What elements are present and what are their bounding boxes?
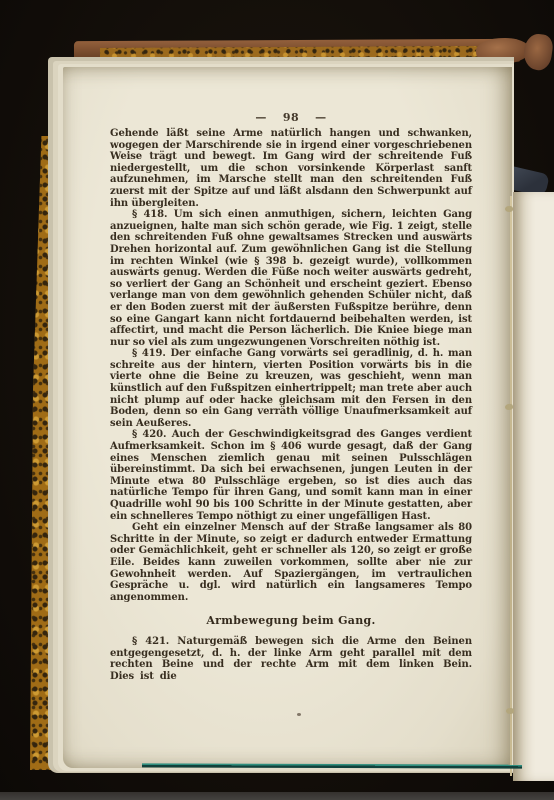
paragraph-tempo: Geht ein einzelner Mensch auf der Straße… [110, 522, 472, 603]
paragraph-421: § 421. Naturgemäß bewegen sich die Arme … [110, 636, 472, 682]
paragraph-419: § 419. Der einfache Gang vorwärts sei ge… [110, 348, 472, 429]
paragraph-418: § 418. Um sich einen anmuthigen, sichern… [110, 209, 472, 348]
text-block: Gehende läßt seine Arme natürlich hangen… [110, 128, 472, 682]
book-page: — 98 — Gehende läßt seine Arme natürlich… [63, 67, 512, 768]
spine-leather-bump [522, 32, 554, 72]
ink-speck [297, 713, 301, 716]
section-heading: Armbewegung beim Gang. [110, 615, 472, 627]
page-number: 98 [283, 111, 299, 124]
thread-knot [506, 708, 514, 714]
book-photo-scene: — 98 — Gehende läßt seine Arme natürlich… [0, 0, 554, 800]
table-surface-strip [0, 792, 554, 800]
header-dash-right: — [315, 111, 327, 124]
facing-page-sliver [513, 192, 554, 781]
thread-knot [505, 206, 513, 212]
paragraph-continued: Gehende läßt seine Arme natürlich hangen… [110, 128, 472, 209]
header-dash-left: — [255, 111, 267, 124]
binding-thread [510, 196, 512, 776]
paragraph-420: § 420. Auch der Geschwindigkeitsgrad des… [110, 429, 472, 522]
page-header: — 98 — [110, 111, 472, 124]
